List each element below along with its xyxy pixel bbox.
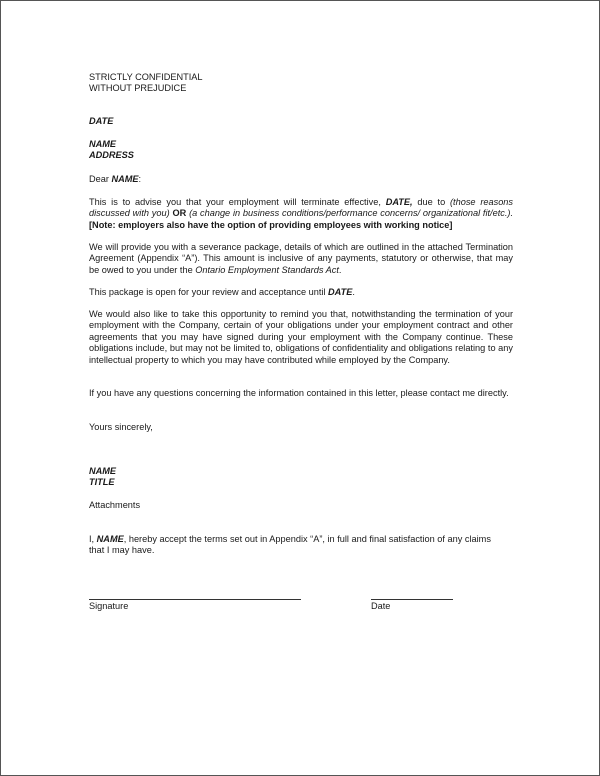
date-placeholder: DATE [89, 116, 513, 127]
document-page: STRICTLY CONFIDENTIAL WITHOUT PREJUDICE … [0, 0, 600, 776]
date-line [371, 599, 453, 600]
salutation-name: NAME [111, 174, 138, 184]
employer-note: [Note: employers also have the option of… [89, 220, 452, 230]
paragraph-questions: If you have any questions concerning the… [89, 388, 513, 399]
acceptance-statement: I, NAME, hereby accept the terms set out… [89, 534, 501, 557]
signature-line [89, 599, 301, 600]
date-label: Date [371, 601, 390, 612]
salutation: Dear NAME: [89, 174, 513, 185]
confidential-header: STRICTLY CONFIDENTIAL WITHOUT PREJUDICE [89, 72, 513, 95]
sender-title: TITLE [89, 477, 513, 488]
closing: Yours sincerely, [89, 422, 513, 433]
sender-name: NAME [89, 466, 513, 477]
recipient-address: ADDRESS [89, 150, 513, 161]
acceptance-name: NAME [97, 534, 124, 544]
paragraph-obligations: We would also like to take this opportun… [89, 309, 513, 366]
paragraph-severance: We will provide you with a severance pac… [89, 242, 513, 276]
attachments-label: Attachments [89, 500, 513, 511]
paragraph-termination: This is to advise you that your employme… [89, 197, 513, 231]
recipient-name: NAME [89, 139, 513, 150]
sender-block: NAME TITLE [89, 466, 513, 489]
recipient-block: NAME ADDRESS [89, 139, 513, 162]
paragraph-review-deadline: This package is open for your review and… [89, 287, 513, 298]
header-line-2: WITHOUT PREJUDICE [89, 83, 513, 94]
header-line-1: STRICTLY CONFIDENTIAL [89, 72, 513, 83]
signature-label: Signature [89, 601, 128, 612]
